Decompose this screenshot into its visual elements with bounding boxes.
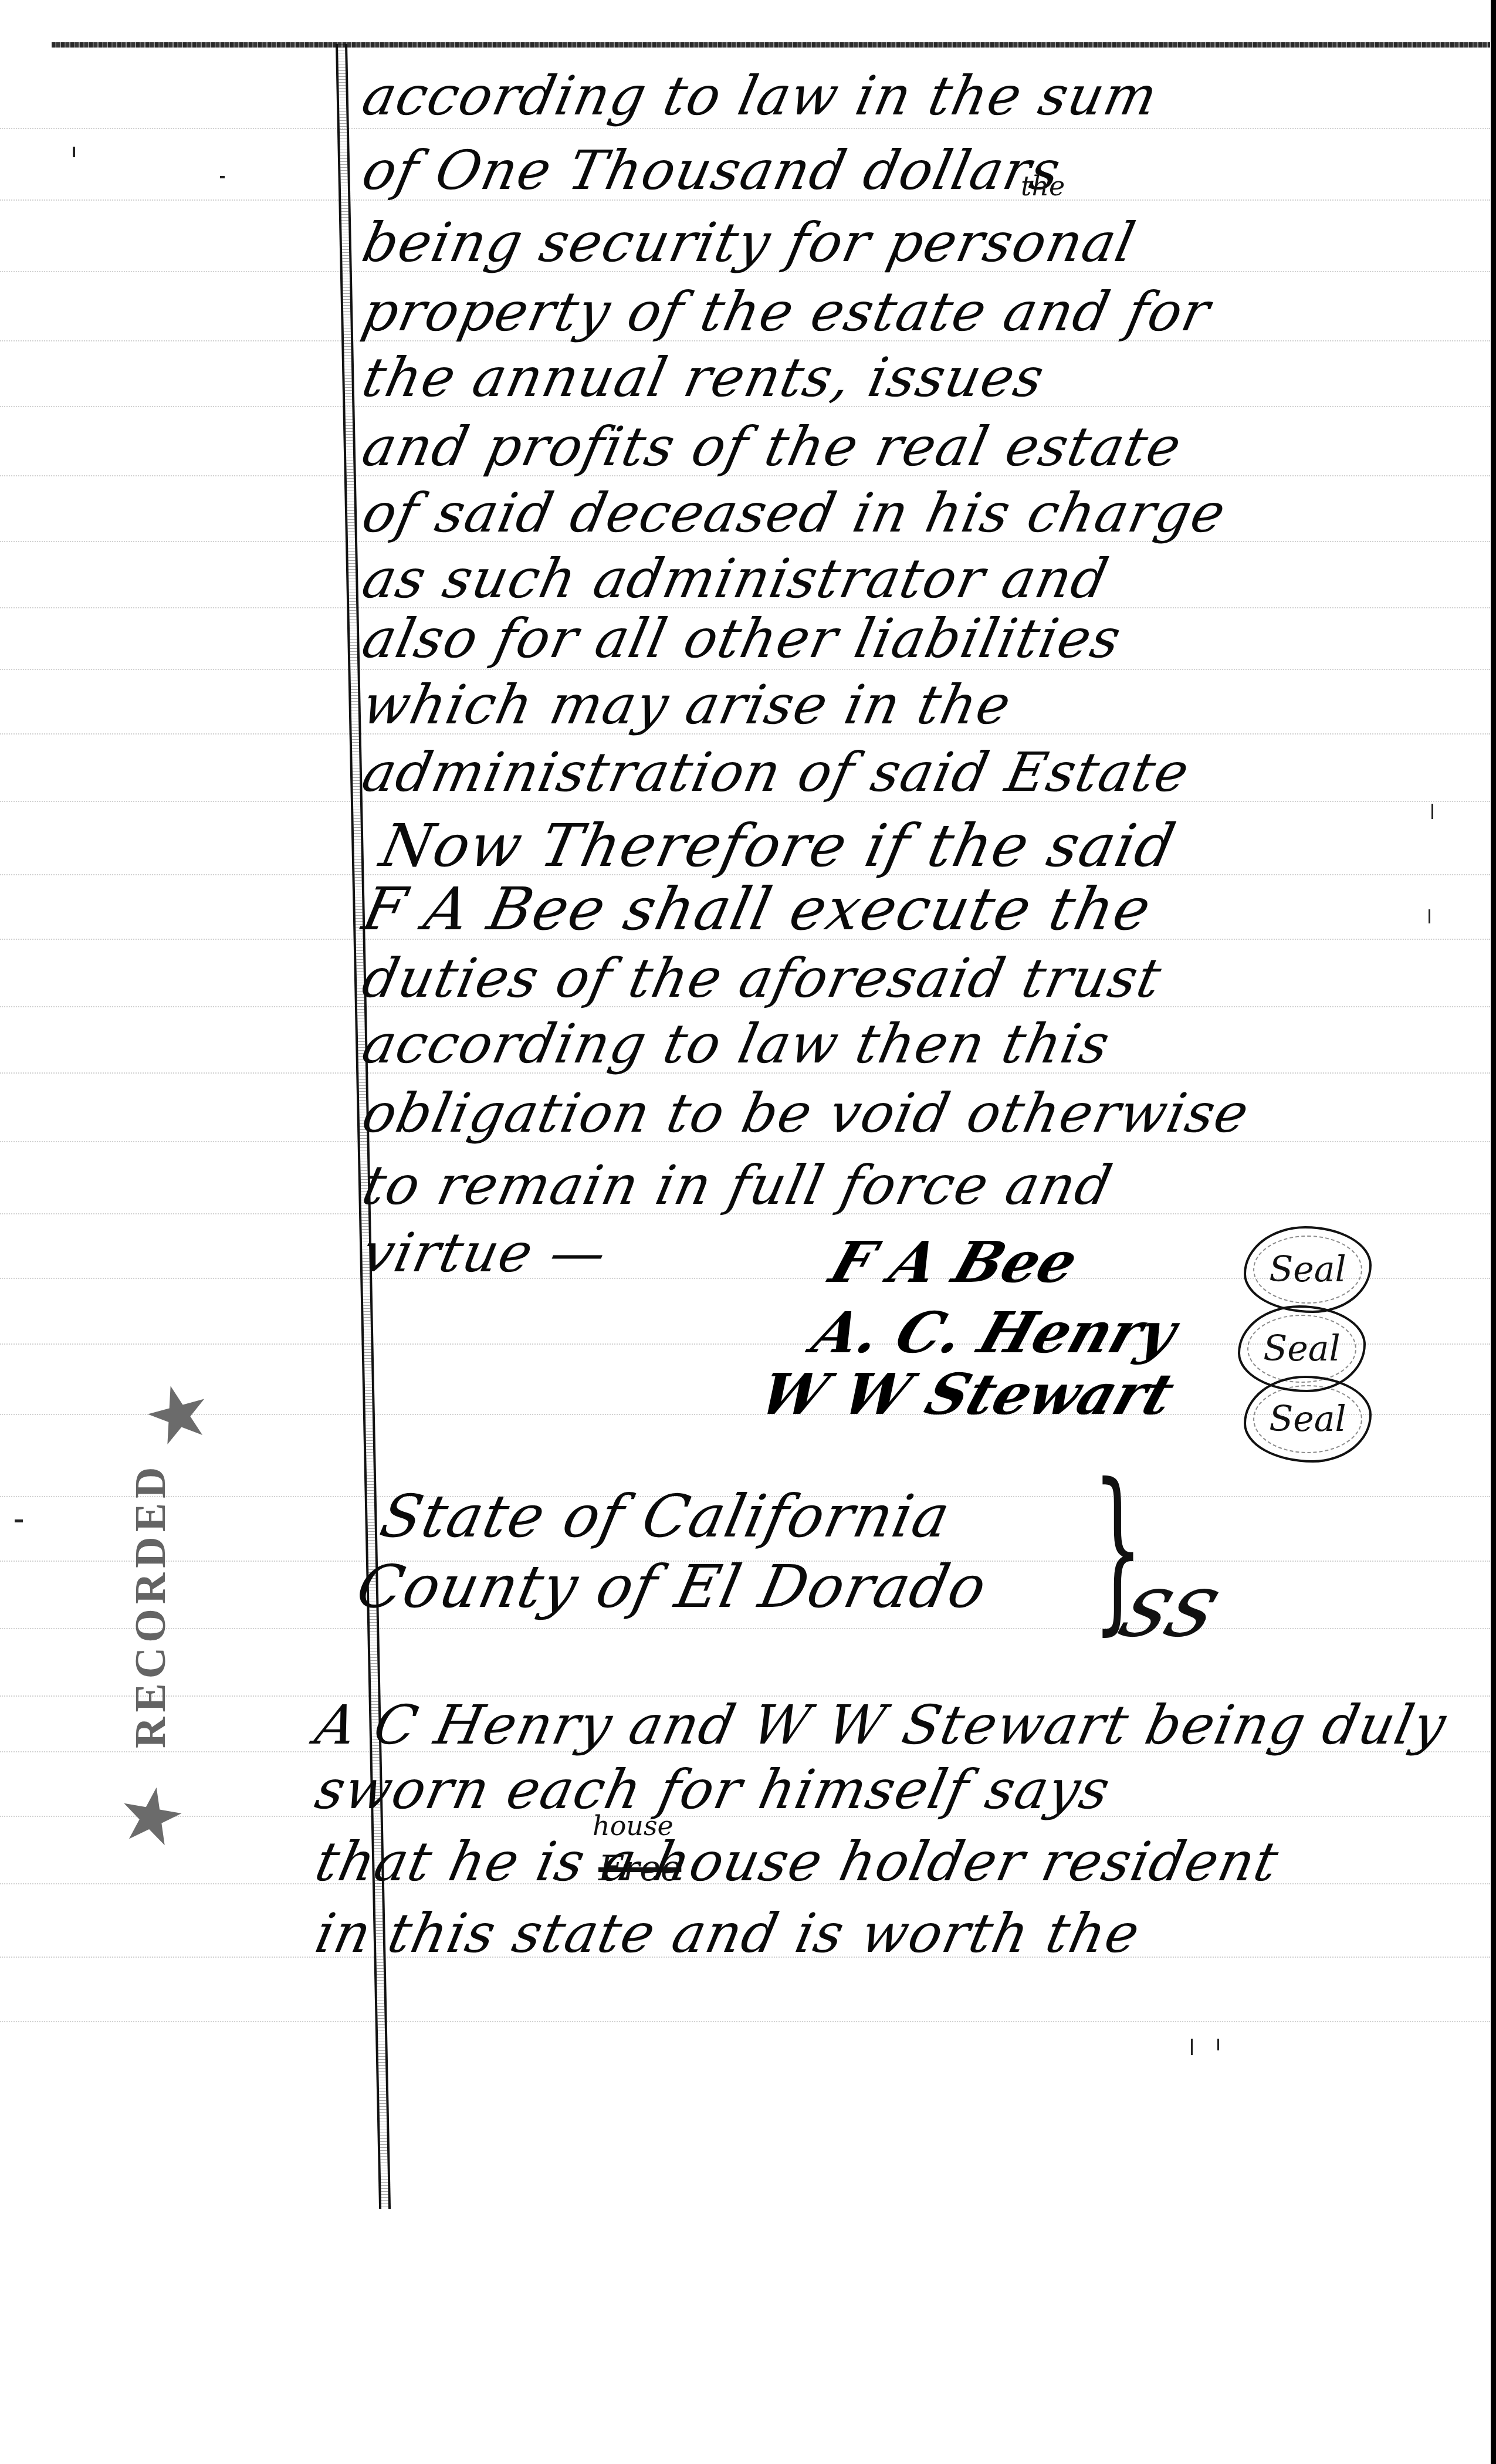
signature-f-a-bee: F A Bee bbox=[823, 1229, 1086, 1295]
venue-state: State of California bbox=[375, 1487, 956, 1546]
seal-label: Seal bbox=[1263, 1328, 1341, 1369]
bond-line: of said deceased in his charge bbox=[358, 486, 1231, 540]
bond-line: which may arise in the bbox=[358, 678, 1016, 732]
affidavit-line: sworn each for himself says bbox=[311, 1763, 1115, 1817]
affidavit-line: A C Henry and W W Stewart being duly bbox=[311, 1698, 1451, 1752]
affidavit-line: in this state and is worth the bbox=[311, 1907, 1145, 1961]
star-icon: ★ bbox=[111, 1772, 192, 1859]
signature-w-w-stewart: W W Stewart bbox=[752, 1361, 1183, 1427]
bond-line: being security for personal bbox=[358, 216, 1140, 270]
signature-a-c-henry: A. C. Henry bbox=[805, 1299, 1185, 1366]
bond-line: duties of the aforesaid trust bbox=[358, 952, 1166, 1006]
venue-county: County of El Dorado bbox=[352, 1558, 992, 1616]
document-page: according to law in the sum of One Thous… bbox=[0, 0, 1496, 2464]
bond-line: of One Thousand dollars bbox=[358, 144, 1065, 198]
bond-line: as such administrator and bbox=[358, 552, 1113, 606]
seal-scroll-icon: Seal bbox=[1244, 1226, 1372, 1313]
seal-scroll-icon: Seal bbox=[1244, 1376, 1372, 1463]
bond-line: administration of said Estate bbox=[358, 746, 1194, 800]
interlineation: the bbox=[1021, 170, 1065, 202]
bond-line: and profits of the real estate bbox=[358, 420, 1186, 474]
bond-line: Now Therefore if the said bbox=[375, 817, 1181, 875]
scan-edge-strip bbox=[1491, 0, 1496, 2464]
bond-line: to remain in full force and bbox=[358, 1159, 1118, 1213]
bond-line: obligation to be void otherwise bbox=[358, 1087, 1254, 1140]
bond-line: also for all other liabilities bbox=[358, 612, 1126, 666]
bond-line: F A Bee shall execute the bbox=[358, 880, 1156, 939]
affidavit-line: that he is a house holder resident bbox=[311, 1835, 1284, 1889]
seal-label: Seal bbox=[1269, 1249, 1346, 1290]
stamp-label: RECORDED bbox=[126, 1463, 176, 1748]
bond-line: according to law then this bbox=[358, 1017, 1115, 1071]
bond-line: the annual rents, issues bbox=[358, 351, 1050, 405]
star-icon: ★ bbox=[135, 1368, 221, 1460]
bond-line: virtue — bbox=[358, 1226, 612, 1280]
page-top-edge bbox=[52, 42, 1490, 48]
seal-label: Seal bbox=[1269, 1399, 1346, 1440]
bond-line: according to law in the sum bbox=[358, 69, 1163, 123]
bond-line: property of the estate and for bbox=[358, 285, 1216, 339]
